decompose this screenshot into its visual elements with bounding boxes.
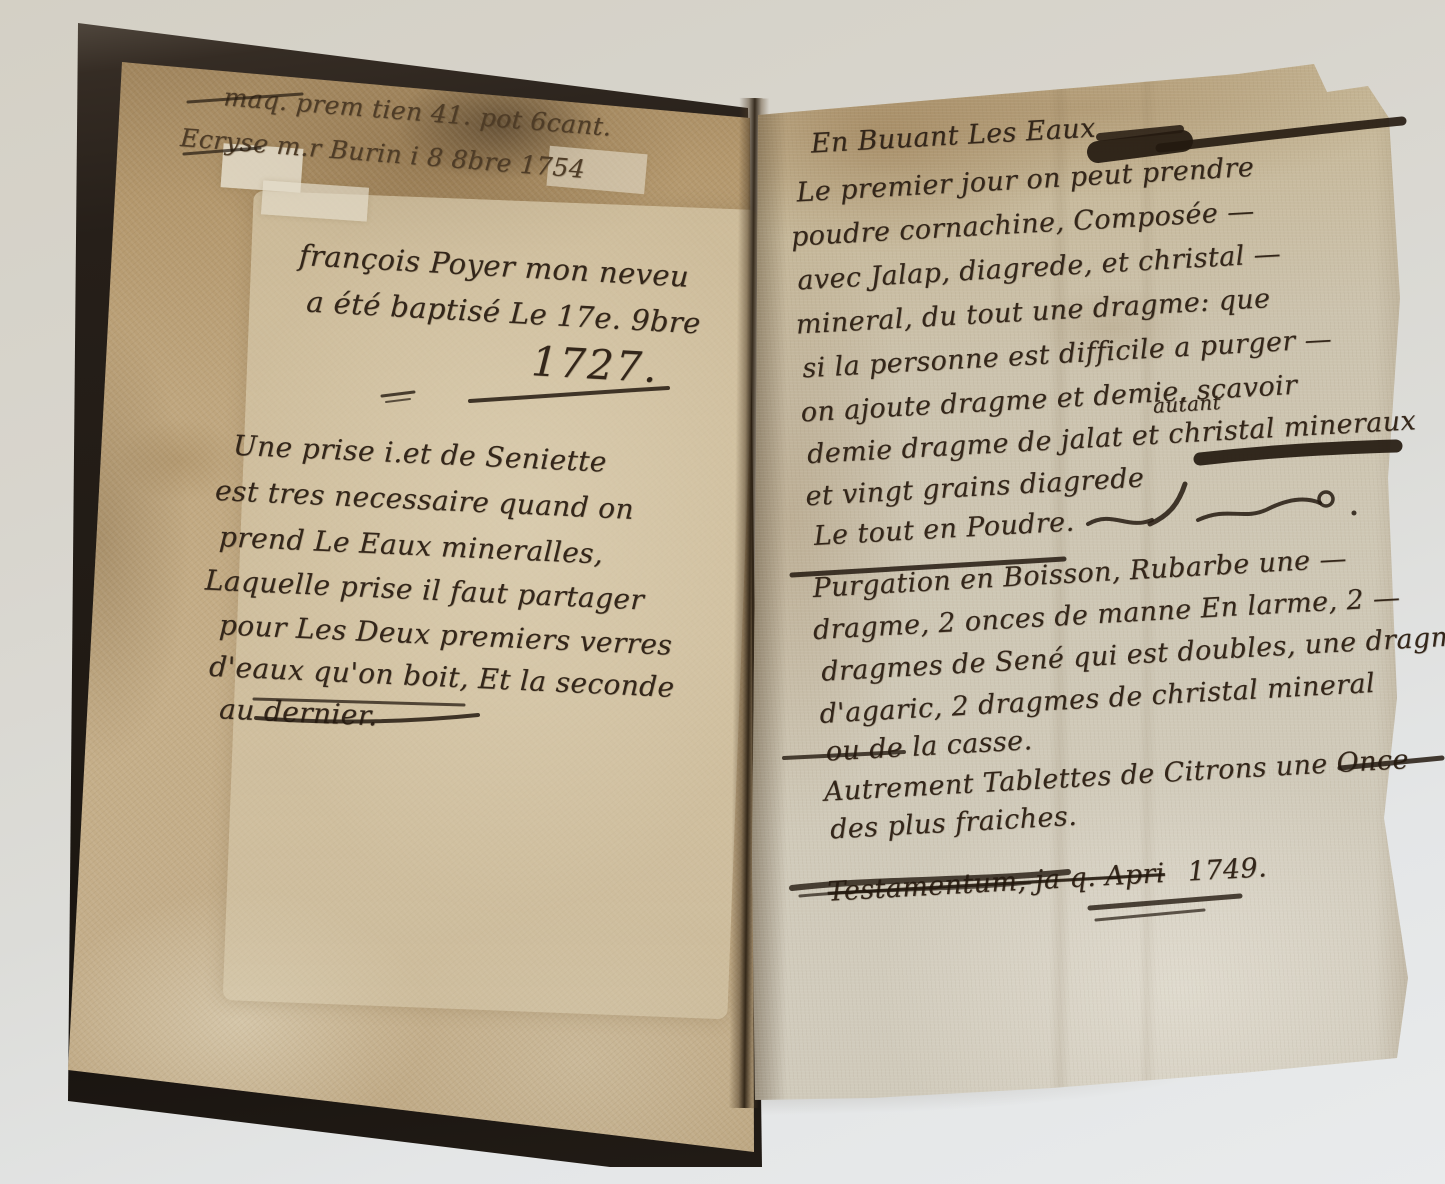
repair-tape-patch bbox=[261, 180, 369, 221]
baptism-year: 1727. bbox=[530, 337, 660, 392]
photo-of-antique-book: maq. prem tien 41. pot 6cant. Ecryse m.r… bbox=[0, 0, 1445, 1184]
struck-year: 1749. bbox=[1187, 852, 1268, 887]
inserted-word: autant bbox=[1152, 390, 1221, 418]
